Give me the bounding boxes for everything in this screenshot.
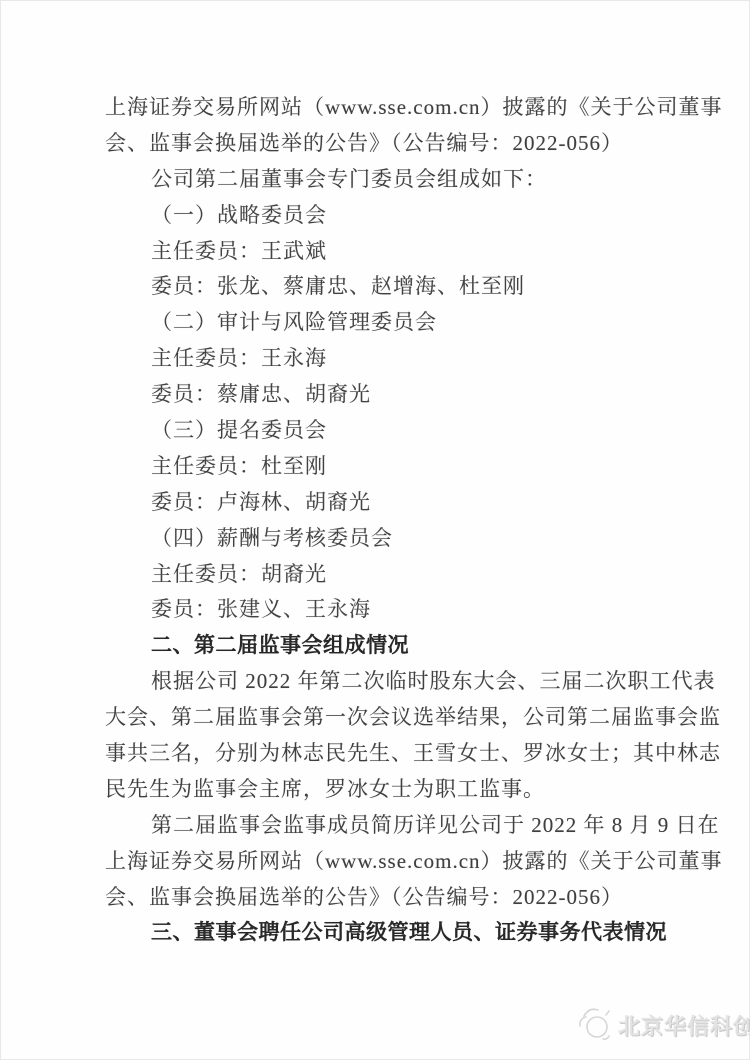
watermark-text: 北京华信科创 xyxy=(618,1010,750,1041)
document-line: 委员：蔡庸忠、胡裔光 xyxy=(105,377,650,413)
sketch-flower-logo-icon xyxy=(576,1002,614,1049)
document-line: （一）战略委员会 xyxy=(105,198,650,234)
document-line: 民先生为监事会主席，罗冰女士为职工监事。 xyxy=(105,772,650,808)
document-line: 上海证券交易所网站（www.sse.com.cn）披露的《关于公司董事 xyxy=(105,844,650,880)
document-line: （三）提名委员会 xyxy=(105,413,650,449)
document-line: 二、第二届监事会组成情况 xyxy=(105,628,650,664)
document-line: （四）薪酬与考核委员会 xyxy=(105,521,650,557)
document-page: 上海证券交易所网站（www.sse.com.cn）披露的《关于公司董事会、监事会… xyxy=(0,0,750,1060)
document-line: 第二届监事会监事成员简历详见公司于 2022 年 8 月 9 日在 xyxy=(105,808,650,844)
document-line: 主任委员：王武斌 xyxy=(105,234,650,270)
document-line: 主任委员：杜至刚 xyxy=(105,449,650,485)
document-line: 委员：张龙、蔡庸忠、赵增海、杜至刚 xyxy=(105,269,650,305)
document-line: 三、董事会聘任公司高级管理人员、证券事务代表情况 xyxy=(105,915,650,951)
document-line: 会、监事会换届选举的公告》（公告编号：2022-056） xyxy=(105,880,650,916)
document-line: 根据公司 2022 年第二次临时股东大会、三届二次职工代表 xyxy=(105,664,650,700)
document-line: 公司第二届董事会专门委员会组成如下： xyxy=(105,162,650,198)
document-line: 委员：卢海林、胡裔光 xyxy=(105,485,650,521)
document-line: （二）审计与风险管理委员会 xyxy=(105,305,650,341)
document-line: 会、监事会换届选举的公告》（公告编号：2022-056） xyxy=(105,126,650,162)
watermark: 北京华信科创 xyxy=(576,1002,750,1049)
document-line: 大会、第二届监事会第一次会议选举结果，公司第二届监事会监 xyxy=(105,700,650,736)
document-line: 上海证券交易所网站（www.sse.com.cn）披露的《关于公司董事 xyxy=(105,90,650,126)
document-line: 事共三名，分别为林志民先生、王雪女士、罗冰女士；其中林志 xyxy=(105,736,650,772)
document-line: 主任委员：胡裔光 xyxy=(105,557,650,593)
document-text: 上海证券交易所网站（www.sse.com.cn）披露的《关于公司董事会、监事会… xyxy=(105,90,650,951)
document-line: 主任委员：王永海 xyxy=(105,341,650,377)
document-line: 委员：张建义、王永海 xyxy=(105,592,650,628)
